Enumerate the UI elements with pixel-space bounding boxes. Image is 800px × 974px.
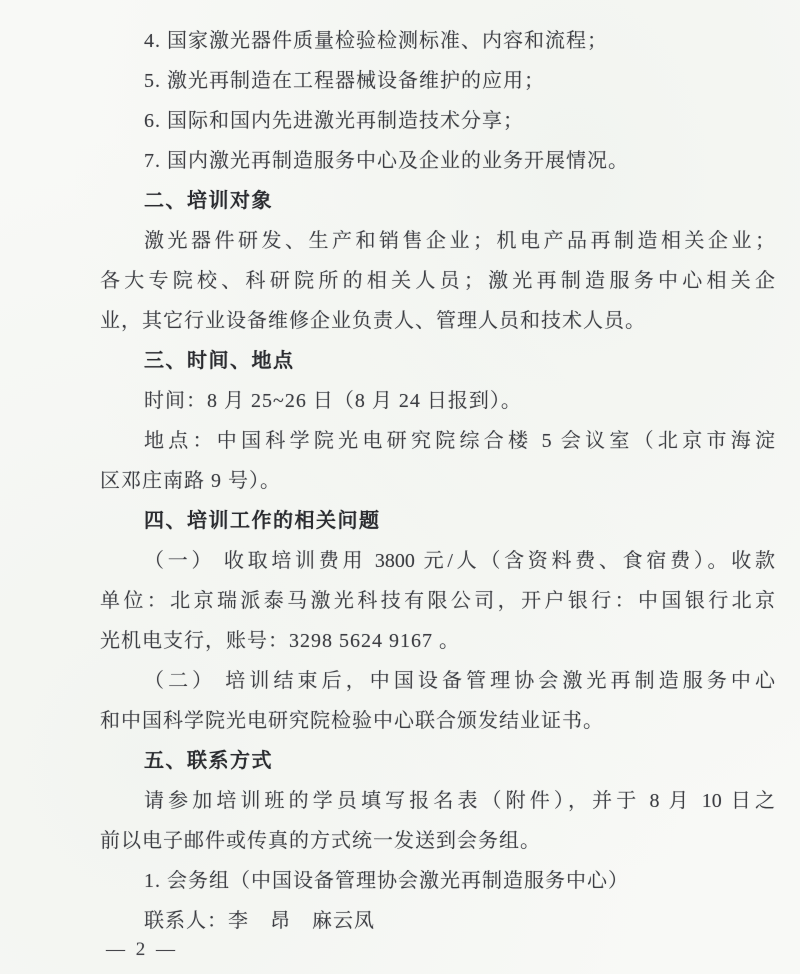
- paragraph-registration-line-1: 请参加培训班的学员填写报名表（附件），并于 8 月 10 日之: [100, 781, 775, 821]
- section-heading-time-location: 三、时间、地点: [100, 341, 775, 381]
- numbered-item-organizing-group: 1. 会务组（中国设备管理协会激光再制造服务中心）: [100, 861, 775, 901]
- numbered-item-7: 7. 国内激光再制造服务中心及企业的业务开展情况。: [100, 141, 775, 181]
- location-line-2: 区邓庄南路 9 号）。: [100, 461, 775, 501]
- paragraph-certificate-line-2: 和中国科学院光电研究院检验中心联合颁发结业证书。: [100, 701, 775, 741]
- paragraph-registration-line-2: 前以电子邮件或传真的方式统一发送到会务组。: [100, 821, 775, 861]
- paragraph-fee-line-2: 单位：北京瑞派泰马激光科技有限公司，开户银行：中国银行北京: [100, 581, 775, 621]
- location-line-1: 地点：中国科学院光电研究院综合楼 5 会议室（北京市海淀: [100, 421, 775, 461]
- numbered-item-6: 6. 国际和国内先进激光再制造技术分享；: [100, 101, 775, 141]
- section-heading-training-targets: 二、培训对象: [100, 181, 775, 221]
- section-heading-contact: 五、联系方式: [100, 741, 775, 781]
- numbered-item-4: 4. 国家激光器件质量检验检测标准、内容和流程；: [100, 21, 775, 61]
- paragraph-certificate-line-1: （二） 培训结束后，中国设备管理协会激光再制造服务中心: [100, 661, 775, 701]
- paragraph-training-targets-line-3: 业，其它行业设备维修企业负责人、管理人员和技术人员。: [100, 301, 775, 341]
- section-heading-training-matters: 四、培训工作的相关问题: [100, 501, 775, 541]
- contact-person-line: 联系人：李 昂 麻云凤: [100, 901, 775, 941]
- paragraph-fee-line-1: （一） 收取培训费用 3800 元/人（含资料费、食宿费）。收款: [100, 541, 775, 581]
- paragraph-fee-line-3: 光机电支行，账号：3298 5624 9167 。: [100, 621, 775, 661]
- time-line: 时间：8 月 25~26 日（8 月 24 日报到）。: [100, 381, 775, 421]
- page-number: — 2 —: [106, 930, 178, 970]
- document-body: 4. 国家激光器件质量检验检测标准、内容和流程； 5. 激光再制造在工程器械设备…: [0, 0, 800, 941]
- paragraph-training-targets-line-2: 各大专院校、科研院所的相关人员；激光再制造服务中心相关企: [100, 261, 775, 301]
- paragraph-training-targets-line-1: 激光器件研发、生产和销售企业；机电产品再制造相关企业；: [100, 221, 775, 261]
- scanned-document-page: 4. 国家激光器件质量检验检测标准、内容和流程； 5. 激光再制造在工程器械设备…: [0, 0, 800, 974]
- numbered-item-5: 5. 激光再制造在工程器械设备维护的应用；: [100, 61, 775, 101]
